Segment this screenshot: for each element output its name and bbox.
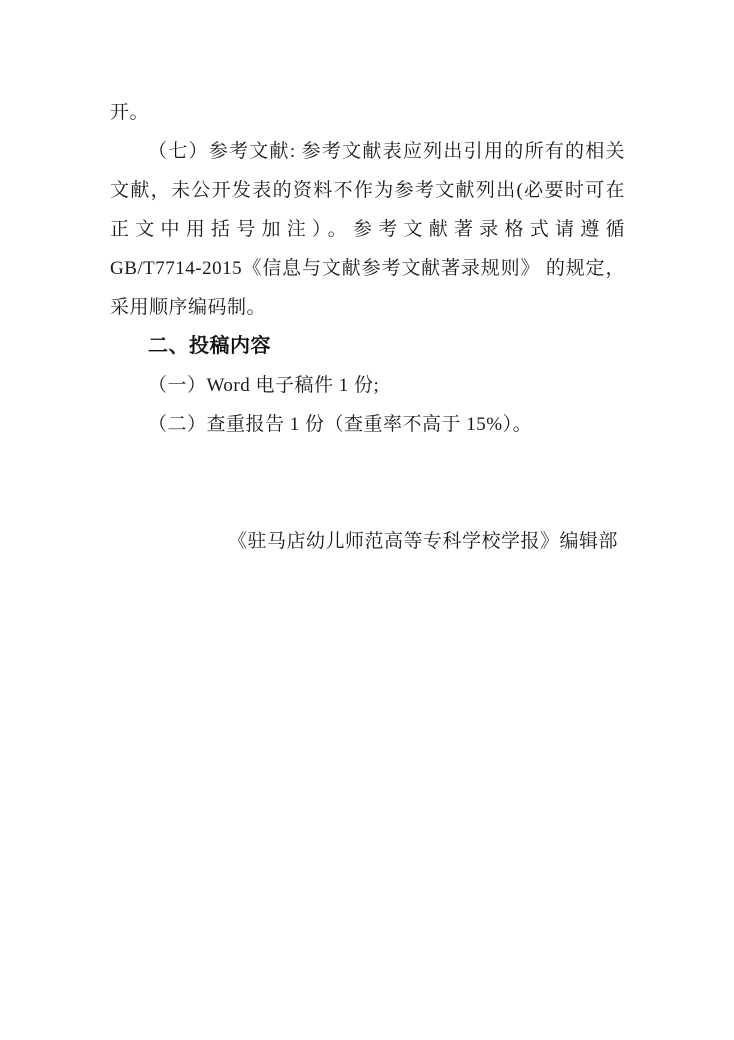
document-page: 开。 （七）参考文献: 参考文献表应列出引用的所有的相关 文献，未公开发表的资料…	[0, 0, 734, 1040]
blank-line	[110, 483, 625, 522]
page-content: 开。 （七）参考文献: 参考文献表应列出引用的所有的相关 文献，未公开发表的资料…	[110, 93, 625, 561]
paragraph-continuation-line: 开。	[110, 93, 625, 132]
submission-item-2: （二）查重报告 1 份（查重率不高于 15%）。	[110, 405, 625, 444]
submission-item-1: （一）Word 电子稿件 1 份;	[110, 366, 625, 405]
section-heading: 二、投稿内容	[110, 327, 625, 366]
references-paragraph-line-1: （七）参考文献: 参考文献表应列出引用的所有的相关	[110, 132, 625, 171]
blank-line	[110, 444, 625, 483]
references-paragraph-line-5: 采用顺序编码制。	[110, 288, 625, 327]
signature-line: 《驻马店幼儿师范高等专科学校学报》编辑部	[110, 522, 625, 561]
references-paragraph-line-2: 文献，未公开发表的资料不作为参考文献列出(必要时可在	[110, 171, 625, 210]
references-paragraph-line-4: GB/T7714-2015《信息与文献参考文献著录规则》 的规定，	[110, 249, 625, 288]
references-paragraph-line-3: 正文中用括号加注）。参考文献著录格式请遵循	[110, 210, 625, 249]
